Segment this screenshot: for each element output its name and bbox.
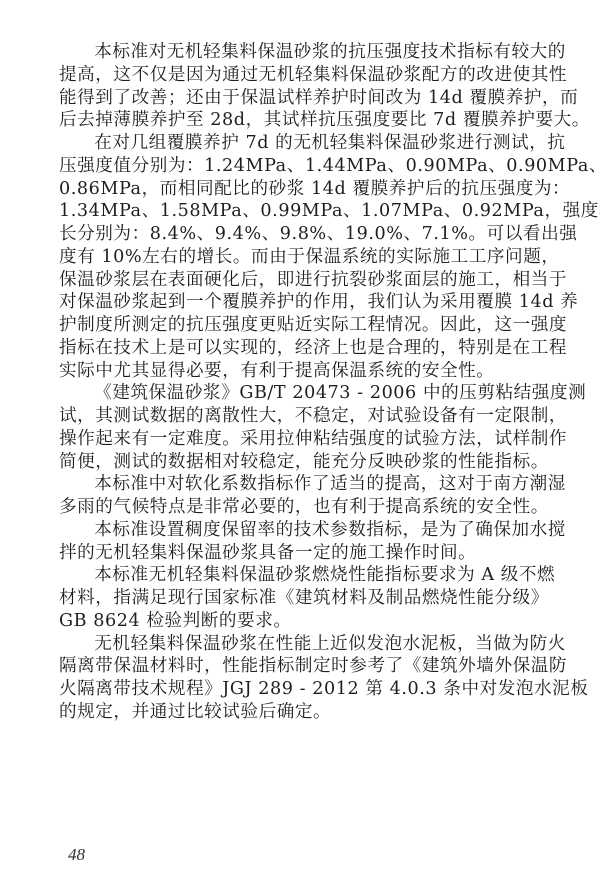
text-line: 本标准对无机轻集料保温砂浆的抗压强度技术指标有较大的 bbox=[59, 41, 542, 64]
text-line: 火隔离带技术规程》JGJ 289 - 2012 第 4.0.3 条中对发泡水泥板 bbox=[24, 678, 542, 701]
text-line: 本标准中对软化系数指标作了适当的提高，这对于南方潮湿 bbox=[59, 473, 542, 496]
paragraph-bond-strength: 《建筑保温砂浆》GB/T 20473 - 2006 中的压剪粘结强度测 试，其测… bbox=[59, 382, 542, 473]
paragraph-fire-barrier: 无机轻集料保温砂浆在性能上近似发泡水泥板，当做为防火 隔离带保温材料时，性能指标… bbox=[59, 633, 542, 724]
paragraph-consistency-retention: 本标准设置稠度保留率的技术参数指标，是为了确保加水搅 拌的无机轻集料保温砂浆具备… bbox=[59, 519, 542, 565]
text-line: 能得到了改善；还由于保温试样养护时间改为 14d 覆膜养护，而 bbox=[24, 87, 542, 110]
text-line: 压强度值分别为：1.24MPa、1.44MPa、0.90MPa、0.90MPa、 bbox=[24, 155, 542, 178]
paragraph-fire-performance: 本标准无机轻集料保温砂浆燃烧性能指标要求为 A 级不燃 材料，指满足现行国家标准… bbox=[59, 564, 542, 632]
text-line: 后去掉薄膜养护至 28d，其试样抗压强度要比 7d 覆膜养护要大。 bbox=[24, 109, 542, 132]
paragraph-test-results: 在对几组覆膜养护 7d 的无机轻集料保温砂浆进行测试，抗 压强度值分别为：1.2… bbox=[59, 132, 542, 382]
text-line: 的规定，并通过比较试验后确定。 bbox=[24, 701, 542, 724]
text-line: 多雨的气候特点是非常必要的，也有利于提高系统的安全性。 bbox=[24, 496, 542, 519]
page-number: 48 bbox=[68, 845, 85, 865]
document-page: 本标准对无机轻集料保温砂浆的抗压强度技术指标有较大的 提高，这不仅是因为通过无机… bbox=[59, 41, 542, 724]
text-line: 简便，测试的数据相对较稳定，能充分反映砂浆的性能指标。 bbox=[24, 451, 542, 474]
paragraph-softening-coefficient: 本标准中对软化系数指标作了适当的提高，这对于南方潮湿 多雨的气候特点是非常必要的… bbox=[59, 473, 542, 519]
text-line: 1.34MPa、1.58MPa、0.99MPa、1.07MPa、0.92MPa，… bbox=[24, 200, 542, 223]
text-line: 隔离带保温材料时，性能指标制定时参考了《建筑外墙外保温防 bbox=[24, 655, 542, 678]
text-line: 操作起来有一定难度。采用拉伸粘结强度的试验方法，试样制作 bbox=[24, 428, 542, 451]
text-line: 《建筑保温砂浆》GB/T 20473 - 2006 中的压剪粘结强度测 bbox=[59, 382, 542, 405]
text-line: 在对几组覆膜养护 7d 的无机轻集料保温砂浆进行测试，抗 bbox=[59, 132, 542, 155]
text-line: 对保温砂浆起到一个覆膜养护的作用，我们认为采用覆膜 14d 养 bbox=[24, 291, 542, 314]
text-line: 度有 10%左右的增长。而由于保温系统的实际施工工序问题， bbox=[24, 246, 542, 269]
paragraph-compressive-strength-intro: 本标准对无机轻集料保温砂浆的抗压强度技术指标有较大的 提高，这不仅是因为通过无机… bbox=[59, 41, 542, 132]
text-line: 无机轻集料保温砂浆在性能上近似发泡水泥板，当做为防火 bbox=[59, 633, 542, 656]
text-line: 本标准设置稠度保留率的技术参数指标，是为了确保加水搅 bbox=[59, 519, 542, 542]
text-line: 提高，这不仅是因为通过无机轻集料保温砂浆配方的改进使其性 bbox=[24, 64, 542, 87]
text-line: 护制度所测定的抗压强度更贴近实际工程情况。因此，这一强度 bbox=[24, 314, 542, 337]
text-line: 实际中尤其显得必要，有利于提高保温系统的安全性。 bbox=[24, 360, 542, 383]
text-line: 保温砂浆层在表面硬化后，即进行抗裂砂浆面层的施工，相当于 bbox=[24, 269, 542, 292]
text-line: 材料，指满足现行国家标准《建筑材料及制品燃烧性能分级》 bbox=[24, 587, 542, 610]
text-line: 本标准无机轻集料保温砂浆燃烧性能指标要求为 A 级不燃 bbox=[59, 564, 542, 587]
text-line: GB 8624 检验判断的要求。 bbox=[24, 610, 542, 633]
text-line: 长分别为：8.4%、9.4%、9.8%、19.0%、7.1%。可以看出强 bbox=[24, 223, 542, 246]
text-line: 试，其测试数据的离散性大，不稳定，对试验设备有一定限制， bbox=[24, 405, 542, 428]
text-line: 0.86MPa，而相同配比的砂浆 14d 覆膜养护后的抗压强度为： bbox=[24, 178, 542, 201]
text-line: 指标在技术上是可以实现的，经济上也是合理的，特别是在工程 bbox=[24, 337, 542, 360]
text-line: 拌的无机轻集料保温砂浆具备一定的施工操作时间。 bbox=[24, 542, 542, 565]
